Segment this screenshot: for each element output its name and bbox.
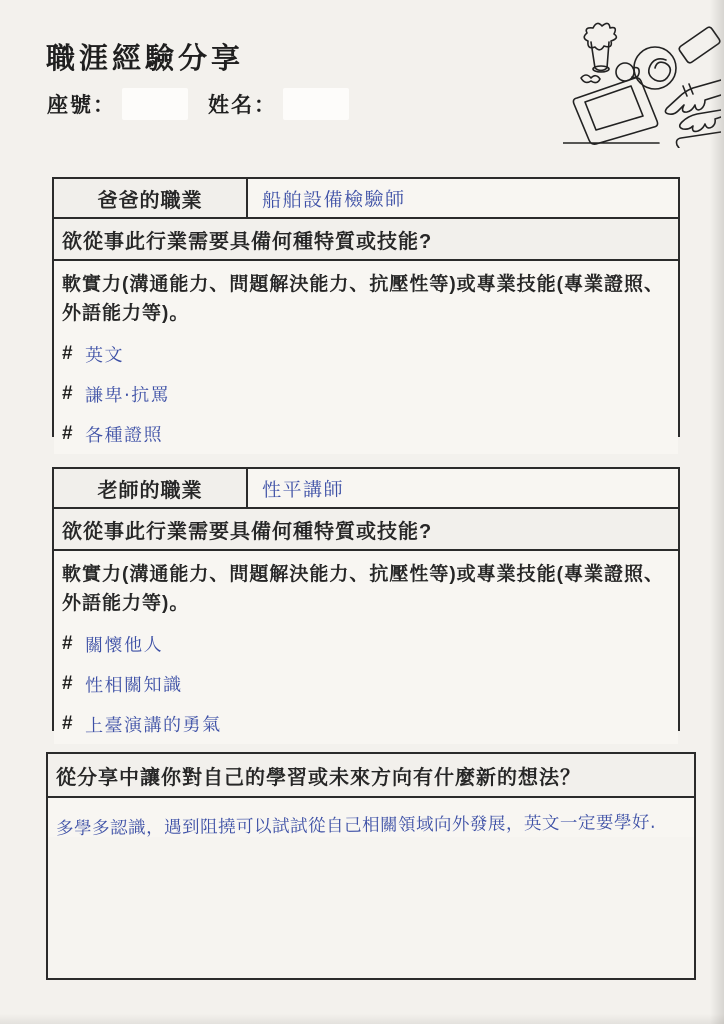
glasses-icon bbox=[581, 75, 600, 83]
left-hand-icon bbox=[680, 110, 721, 131]
answer-line: # 關懷他人 bbox=[62, 624, 668, 664]
reflection-answer-area: 多學多認識，遇到阻撓可以試試從自己相關領域向外發展，英文一定要學好. bbox=[48, 798, 694, 837]
occupation-value-cell: 船舶設備檢驗師 bbox=[248, 179, 678, 217]
table-header-row: 爸爸的職業 船舶設備檢驗師 bbox=[54, 179, 678, 219]
answer-area: 軟實力(溝通能力、問題解決能力、抗壓性等)或專業技能(專業證照、外語能力等)。 … bbox=[54, 261, 678, 454]
occupation-label-cell: 爸爸的職業 bbox=[54, 179, 248, 217]
handwritten-answer: 性相關知識 bbox=[84, 670, 182, 697]
reflection-question: 從分享中讓你對自己的學習或未來方向有什麼新的想法？ bbox=[48, 754, 694, 798]
seat-number-label: 座號： bbox=[47, 89, 116, 119]
laptop-icon bbox=[573, 78, 657, 144]
occupation-label-cell: 老師的職業 bbox=[54, 469, 248, 507]
occupation-value-cell: 性平講師 bbox=[248, 469, 678, 507]
name-label: 姓名： bbox=[208, 89, 277, 119]
skills-hint-text: 軟實力(溝通能力、問題解決能力、抗壓性等)或專業技能(專業證照、外語能力等)。 bbox=[62, 271, 666, 328]
hash-symbol: # bbox=[62, 633, 73, 655]
reflection-box: 從分享中讓你對自己的學習或未來方向有什麼新的想法？ 多學多認識，遇到阻撓可以試試… bbox=[46, 752, 696, 980]
teacher-occupation-table: 老師的職業 性平講師 欲從事此行業需要具備何種特質或技能? 軟實力(溝通能力、問… bbox=[52, 467, 680, 731]
name-whiteout bbox=[283, 88, 349, 120]
skills-hint-text: 軟實力(溝通能力、問題解決能力、抗壓性等)或專業技能(專業證照、外語能力等)。 bbox=[62, 561, 666, 618]
handwritten-occupation: 性平講師 bbox=[262, 474, 344, 502]
hash-symbol: # bbox=[62, 673, 73, 695]
sleeve-line bbox=[677, 132, 722, 148]
answer-area: 軟實力(溝通能力、問題解決能力、抗壓性等)或專業技能(專業證照、外語能力等)。 … bbox=[54, 551, 678, 744]
hash-symbol: # bbox=[62, 423, 73, 445]
flowers-icon bbox=[584, 23, 616, 49]
answer-line: # 各種證照 bbox=[62, 414, 668, 454]
answer-line: # 英文 bbox=[62, 334, 668, 374]
question-row: 欲從事此行業需要具備何種特質或技能? bbox=[54, 219, 678, 261]
hash-symbol: # bbox=[62, 713, 73, 735]
scanned-worksheet-page: 職涯經驗分享 座號： 姓名： bbox=[0, 0, 724, 1024]
mug-icon bbox=[616, 63, 634, 81]
desk-line-art-illustration bbox=[563, 6, 721, 148]
page-title: 職涯經驗分享 bbox=[46, 36, 244, 77]
notebook-icon bbox=[679, 27, 720, 63]
answer-line: # 上臺演講的勇氣 bbox=[62, 704, 668, 744]
seat-number-whiteout bbox=[122, 88, 188, 120]
answer-line: # 謙卑·抗罵 bbox=[62, 374, 668, 414]
student-info-row: 座號： 姓名： bbox=[47, 88, 369, 120]
handwritten-answer: 英文 bbox=[84, 341, 123, 367]
handwritten-answer: 上臺演講的勇氣 bbox=[84, 710, 221, 737]
question-row: 欲從事此行業需要具備何種特質或技能? bbox=[54, 509, 678, 551]
answer-line: # 性相關知識 bbox=[62, 664, 668, 704]
father-occupation-table: 爸爸的職業 船舶設備檢驗師 欲從事此行業需要具備何種特質或技能? 軟實力(溝通能… bbox=[52, 177, 680, 437]
pastry-icon bbox=[649, 59, 671, 81]
right-hand-icon bbox=[665, 80, 721, 114]
hash-symbol: # bbox=[62, 383, 73, 405]
handwritten-answer: 謙卑·抗罵 bbox=[84, 381, 170, 408]
handwritten-occupation: 船舶設備檢驗師 bbox=[262, 184, 406, 213]
handwritten-answer: 各種證照 bbox=[84, 421, 162, 448]
handwritten-reflection: 多學多認識，遇到阻撓可以試試從自己相關領域向外發展，英文一定要學好. bbox=[56, 809, 656, 840]
hash-symbol: # bbox=[62, 343, 73, 365]
handwritten-answer: 關懷他人 bbox=[84, 631, 162, 658]
table-header-row: 老師的職業 性平講師 bbox=[54, 469, 678, 509]
